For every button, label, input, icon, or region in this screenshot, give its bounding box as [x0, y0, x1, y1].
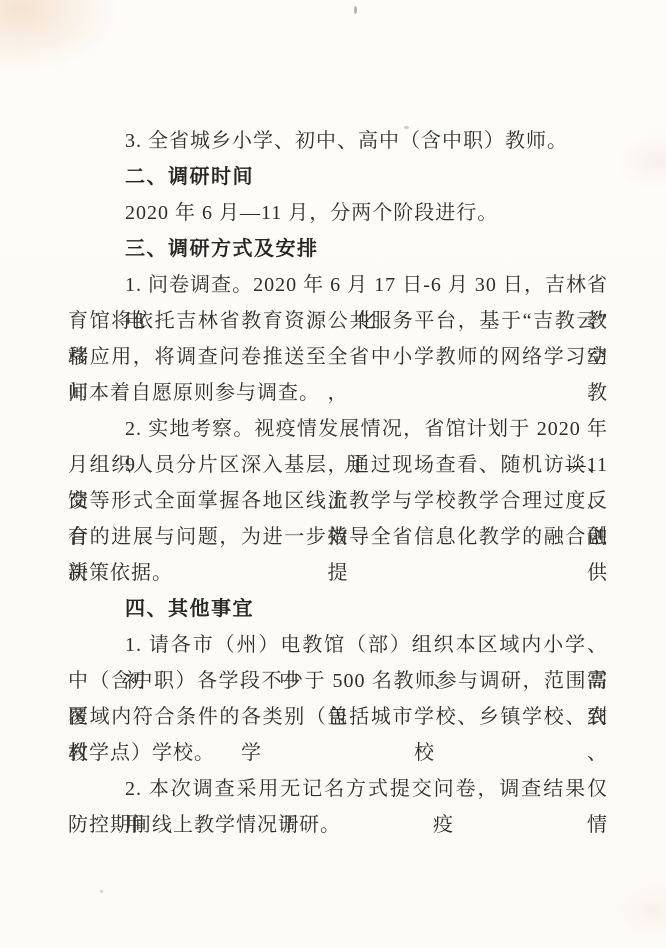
document-line: 馈等形式全面掌握各地区线上教学与学校教学合理过度、有效融 — [68, 483, 608, 519]
section-heading: 二、调研时间 — [68, 159, 608, 195]
document-line: 1. 请各市（州）电教馆（部）组织本区域内小学、初中、高 — [68, 627, 608, 663]
document-line: 1. 问卷调查。2020 年 6 月 17 日-6 月 30 日，吉林省电化教 — [68, 267, 608, 303]
document-line: 合的进展与问题，为进一步指导全省信息化教学的融合创新提供 — [68, 519, 608, 555]
section-heading: 四、其他事宜 — [68, 591, 608, 627]
document-line: 中（含中职）各学段不少于 500 名教师参与调研，范围需覆盖到 — [68, 663, 608, 699]
document-line: 端应用，将调查问卷推送至全省中小学教师的网络学习空间，教 — [68, 339, 608, 375]
section-heading: 三、调研方式及安排 — [68, 231, 608, 267]
document-lines: 3. 全省城乡小学、初中、高中（含中职）教师。二、调研时间2020 年 6 月—… — [68, 123, 608, 843]
document-line: 2. 本次调查采用无记名方式提交问卷，调查结果仅用于疫情 — [68, 771, 608, 807]
document-line: 2. 实地考察。视疫情发展情况，省馆计划于 2020 年 9 月—11 — [68, 411, 608, 447]
document-line: 3. 全省城乡小学、初中、高中（含中职）教师。 — [68, 123, 608, 159]
document-line: 月组织人员分片区深入基层，通过现场查看、随机访谈、交流反 — [68, 447, 608, 483]
scan-speck — [354, 6, 357, 14]
scan-speck — [100, 890, 103, 893]
scanned-document-page: 3. 全省城乡小学、初中、高中（含中职）教师。二、调研时间2020 年 6 月—… — [0, 0, 666, 948]
document-line: 育馆将依托吉林省教育资源公共服务平台，基于“吉教云”移动 — [68, 303, 608, 339]
document-line: 2020 年 6 月—11 月，分两个阶段进行。 — [68, 195, 608, 231]
document-line: 区域内符合条件的各类别（包括城市学校、乡镇学校、农村学校、 — [68, 699, 608, 735]
